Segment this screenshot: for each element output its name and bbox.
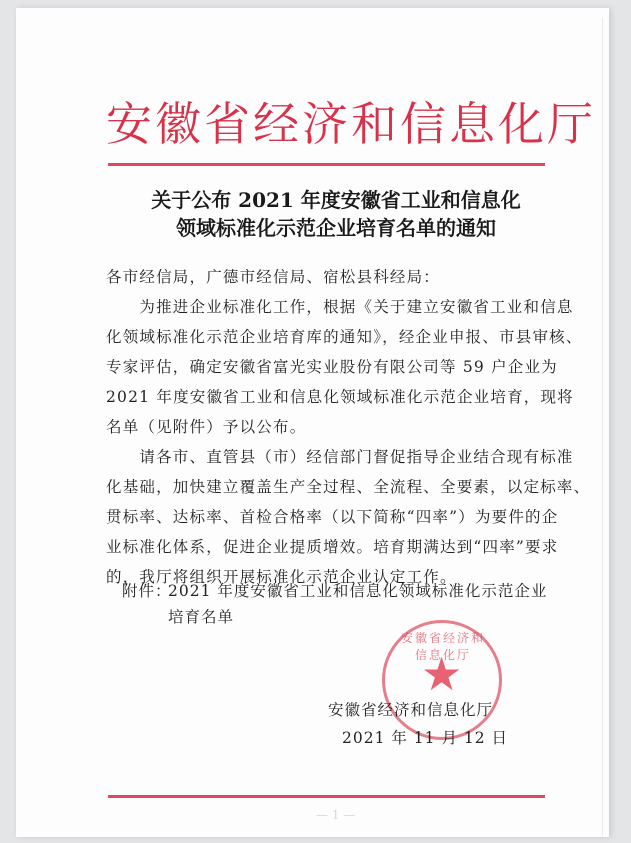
paragraph-2-line-3: 贯标率、达标率、首检合格率（以下简称“四率”）为要件的企 — [106, 502, 566, 532]
header-red-rule — [108, 163, 545, 166]
paragraph-1-line-5: 名单（见附件）予以公布。 — [106, 412, 566, 442]
attachment-label: 附件： — [122, 576, 172, 606]
document-title-line-1: 关于公布 2021 年度安徽省工业和信息化 — [96, 186, 576, 214]
paragraph-1-line-3: 专家评估，确定安徽省富光实业股份有限公司等 59 户企业为 — [106, 352, 566, 382]
page-number: — 1 — — [316, 808, 355, 822]
org-header: 安徽省经济和信息化厅 — [106, 96, 556, 152]
paragraph-1-line-2: 化领域标准化示范企业培育库的通知》，经企业申报、市县审核、 — [106, 322, 566, 352]
footer-red-rule — [108, 795, 545, 798]
attachment-line-2: 培育名单 — [168, 602, 234, 632]
signature-date: 2021 年 11 月 12 日 — [342, 726, 508, 748]
document-page: 安徽省经济和信息化厅 关于公布 2021 年度安徽省工业和信息化 领域标准化示范… — [16, 8, 609, 837]
page-edge — [602, 18, 603, 837]
paragraph-2-line-2: 化基础，加快建立覆盖生产全过程、全流程、全要素，以定标率、 — [106, 472, 566, 502]
paragraph-1-line-1: 为推进企业标准化工作，根据《关于建立安徽省工业和信息 — [106, 292, 566, 322]
document-title-line-2: 领域标准化示范企业培育名单的通知 — [96, 214, 576, 242]
salutation: 各市经信局，广德市经信局、宿松县科经局： — [106, 262, 566, 292]
paragraph-1-line-4: 2021 年度安徽省工业和信息化领域标准化示范企业培育，现将 — [106, 382, 566, 412]
official-seal: 安徽省经济和信息化厅 ★ — [382, 620, 502, 740]
star-icon: ★ — [421, 651, 462, 697]
paragraph-2-line-4: 业标准化体系，促进企业提质增效。培育期满达到“四率”要求 — [106, 532, 566, 562]
signature-org: 安徽省经济和信息化厅 — [328, 698, 493, 720]
paragraph-2-line-1: 请各市、直管县（市）经信部门督促指导企业结合现有标准 — [106, 442, 566, 472]
